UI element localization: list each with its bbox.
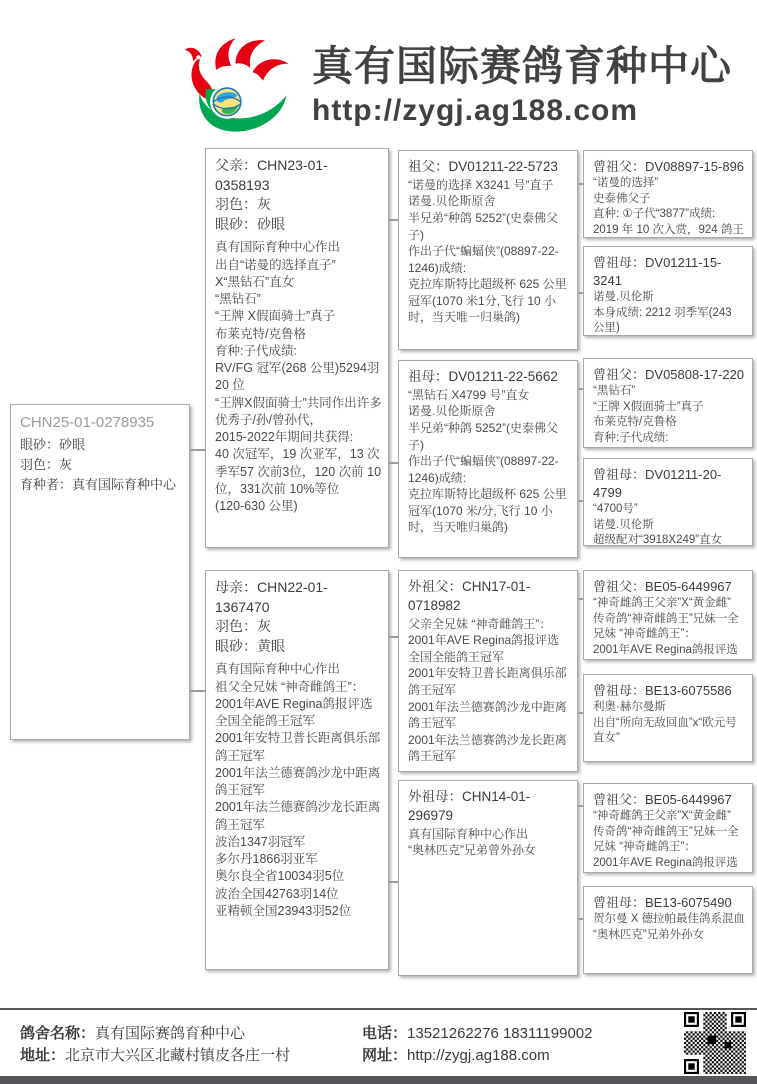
relation-label: 外祖父： xyxy=(408,579,462,594)
pedigree-certificate: 真有国际赛鸽育种中心 http://zygj.ag188.com CHN25-0… xyxy=(0,0,757,1084)
connector-line xyxy=(389,219,398,221)
phone-line: 电话：13521262276 18311199002 xyxy=(362,1022,593,1043)
maternal-grandmother-details: 真有国际育种中心作出 “奥林匹克”兄弟曾外孙女 xyxy=(408,826,571,859)
website-line: 网址：http://zygj.ag188.com xyxy=(362,1044,550,1065)
great-grandparent-box: 曾祖父：DV05808-17-220 “黑钻石” “王牌 X假面骑士”真子 布莱… xyxy=(583,358,753,448)
grandfather-details: “诺曼的选择 X3241 号”直子 诺曼.贝伦斯原舍 半兄弟“种鸽 5252”(… xyxy=(408,177,571,326)
maternal-grandmother-box: 外祖母：CHN14-01-296979 真有国际育种中心作出 “奥林匹克”兄弟曾… xyxy=(398,780,578,976)
mother-traits: 羽色：灰 眼砂：黄眼 xyxy=(215,617,382,656)
center-title: 真有国际赛鸽育种中心 xyxy=(312,40,752,92)
father-traits: 羽色：灰 眼砂：砂眼 xyxy=(215,195,382,234)
great-grandparent-details: “神奇雌鸽王父亲”X“黄金雌” 传奇鸽“神奇雌鸽王”兄妹一全兄妹 “神奇雌鸽王”… xyxy=(593,596,746,658)
great-grandparent-details: 诺曼.贝伦斯 本身成绩: 2212 羽季军(243 公里) 2232 羽季军(2… xyxy=(593,290,746,336)
great-grandparent-details: 贺尔曼 X 德拉帕最佳鸽系混血 “奥林匹克”兄弟外孙女 xyxy=(593,912,746,943)
great-grandparent-box: 曾祖母：DV01211-15-3241 诺曼.贝伦斯 本身成绩: 2212 羽季… xyxy=(583,246,753,336)
ring-number: DV05808-17-220 xyxy=(645,367,744,382)
mother-box: 母亲：CHN22-01-1367470 羽色：灰 眼砂：黄眼 真有国际育种中心作… xyxy=(205,570,389,970)
relation-label: 曾祖父： xyxy=(593,579,645,594)
connector-line xyxy=(389,636,398,638)
connector-line xyxy=(389,462,398,464)
connector-line xyxy=(578,388,583,390)
great-grandparent-box: 曾祖父：BE05-6449967 “神奇雌鸽王父亲”X“黄金雌” 传奇鸽“神奇雌… xyxy=(583,570,753,660)
father-box: 父亲：CHN23-01-0358193 羽色：灰 眼砂：砂眼 真有国际育种中心作… xyxy=(205,148,389,548)
great-grandparent-box: 曾祖母：BE13-6075586 利奥·赫尔曼斯 出自“所向无敌回血”x“欧元号… xyxy=(583,674,753,762)
subject-box: CHN25-01-0278935 眼砂：砂眼 羽色：灰 育种者：真有国际育种中心 xyxy=(10,404,190,740)
relation-label: 曾祖母： xyxy=(593,467,645,482)
grandmother-details: “黑钻石 X4799 号”直女 诺曼.贝伦斯原舍 半兄弟“种鸽 5252”(史泰… xyxy=(408,387,571,536)
relation-label: 外祖母： xyxy=(408,789,462,804)
great-grandparent-box: 曾祖父：BE05-6449967 “神奇雌鸽王父亲”X“黄金雌” 传奇鸽“神奇雌… xyxy=(583,783,753,873)
relation-label: 曾祖母： xyxy=(593,683,645,698)
great-grandparent-details: 利奥·赫尔曼斯 出自“所向无敌回血”x“欧元号直女” xyxy=(593,700,746,747)
ring-number: BE05-6449967 xyxy=(645,792,732,807)
loft-name-line: 鸽舍名称：真有国际赛鸽育种中心 xyxy=(20,1022,245,1043)
address-line: 地址：北京市大兴区北藏村镇皮各庄一村 xyxy=(20,1044,290,1065)
great-grandparent-box: 曾祖母：BE13-6075490 贺尔曼 X 德拉帕最佳鸽系混血 “奥林匹克”兄… xyxy=(583,886,753,974)
relation-label: 母亲： xyxy=(215,579,257,595)
connector-line xyxy=(578,500,583,502)
mother-header: 母亲：CHN22-01-1367470 xyxy=(215,578,382,617)
relation-label: 曾祖母： xyxy=(593,895,645,910)
great-grandparent-details: “诺曼的选择” 史泰佛父子 直种: ①子代“3877”成绩: 2019 年 10… xyxy=(593,176,746,238)
brand-block: 真有国际赛鸽育种中心 http://zygj.ag188.com xyxy=(312,40,752,130)
logo-phoenix-icon xyxy=(178,34,310,140)
phone-numbers: 13521262276 18311199002 xyxy=(407,1025,592,1042)
connector-line xyxy=(578,183,583,185)
relation-label: 曾祖父： xyxy=(593,367,645,382)
connector-line xyxy=(190,690,205,692)
connector-line xyxy=(578,805,583,807)
ring-number: BE05-6449967 xyxy=(645,579,732,594)
great-grandparent-details: “黑钻石” “王牌 X假面骑士”真子 布莱克特/克鲁格 育种:子代成绩: RV/… xyxy=(593,384,746,448)
great-grandparent-details: “4700号” 诺曼.贝伦斯 超级配对“3918X249”直女 “奥林匹克玫瑰园… xyxy=(593,502,746,546)
grandmother-box: 祖母：DV01211-22-5662 “黑钻石 X4799 号”直女 诺曼.贝伦… xyxy=(398,360,578,558)
great-grandparent-box: 曾祖父：DV08897-15-896 “诺曼的选择” 史泰佛父子 直种: ①子代… xyxy=(583,150,753,238)
maternal-grandfather-box: 外祖父：CHN17-01-0718982 父亲全兄妹 “神奇雌鸽王”： 2001… xyxy=(398,570,578,772)
connector-line xyxy=(389,881,398,883)
maternal-grandfather-details: 父亲全兄妹 “神奇雌鸽王”： 2001年AVE Regina鸽报评选全国全能鸽王… xyxy=(408,616,571,765)
bottom-bar xyxy=(0,1076,757,1084)
ring-number: DV08897-15-896 xyxy=(645,159,744,174)
ring-number: DV01211-22-5662 xyxy=(449,369,558,384)
great-grandparent-box: 曾祖母：DV01211-20-4799 “4700号” 诺曼.贝伦斯 超级配对“… xyxy=(583,458,753,546)
connector-line xyxy=(578,598,583,600)
subject-traits: 眼砂：砂眼 羽色：灰 育种者：真有国际育种中心 xyxy=(20,435,183,495)
relation-label: 曾祖父： xyxy=(593,792,645,807)
relation-label: 父亲： xyxy=(215,157,257,173)
great-grandparent-details: “神奇雌鸽王父亲”X“黄金雌” 传奇鸽“神奇雌鸽王”兄妹一全兄妹 “神奇雌鸽王”… xyxy=(593,809,746,871)
connector-line xyxy=(578,918,583,920)
qr-code xyxy=(684,1012,746,1074)
footer-website-link[interactable]: http://zygj.ag188.com xyxy=(407,1047,550,1064)
ring-number: DV01211-22-5723 xyxy=(449,159,558,174)
connector-line xyxy=(578,712,583,714)
subject-ring-number: CHN25-01-0278935 xyxy=(20,412,183,433)
mother-details: 真有国际育种中心作出 祖父全兄妹 “神奇雌鸽王”： 2001年AVE Regin… xyxy=(215,661,382,920)
relation-label: 曾祖父： xyxy=(593,159,645,174)
father-header: 父亲：CHN23-01-0358193 xyxy=(215,156,382,195)
father-details: 真有国际育种中心作出 出自“诺曼的选择直子” X“黑钻石”直女 “黑钻石” “王… xyxy=(215,239,382,515)
ring-number: BE13-6075490 xyxy=(645,895,732,910)
relation-label: 祖父： xyxy=(408,159,449,174)
relation-label: 曾祖母： xyxy=(593,255,645,270)
footer-divider xyxy=(0,1008,757,1010)
ring-number: BE13-6075586 xyxy=(645,683,732,698)
connector-line xyxy=(190,449,205,451)
grandfather-box: 祖父：DV01211-22-5723 “诺曼的选择 X3241 号”直子 诺曼.… xyxy=(398,150,578,350)
header-website-link[interactable]: http://zygj.ag188.com xyxy=(312,92,752,130)
relation-label: 祖母： xyxy=(408,369,449,384)
connector-line xyxy=(578,292,583,294)
